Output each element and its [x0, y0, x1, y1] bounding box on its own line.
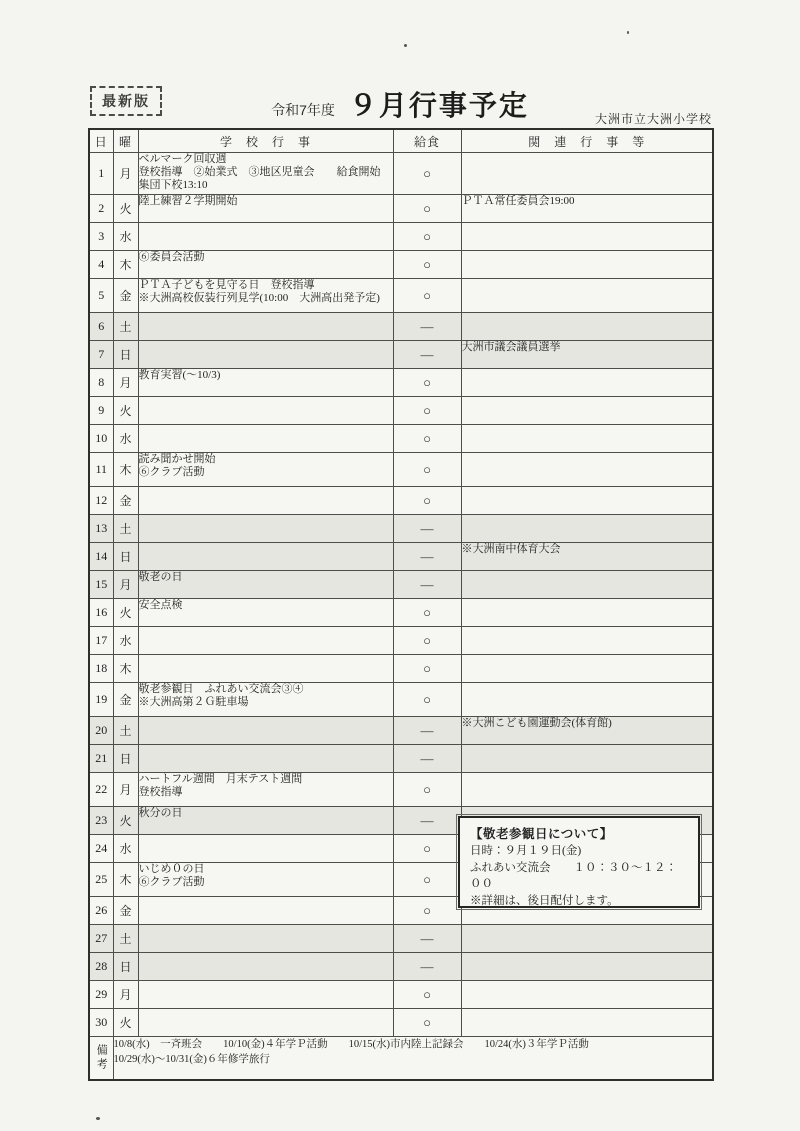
related-cell: [461, 981, 713, 1009]
day-cell: 13: [89, 515, 113, 543]
remarks-content-cell: 10/8(水) 一斉班会 10/10(金)４年学Ｐ活動 10/15(水)市内陸上…: [113, 1037, 713, 1081]
schedule-row: 20土—※大洲こども園運動会(体育館): [89, 717, 713, 745]
weekday-cell: 土: [113, 515, 138, 543]
schedule-row: 27土—: [89, 925, 713, 953]
lunch-cell: —: [393, 807, 461, 835]
related-cell: ＰＴＡ常任委員会19:00: [461, 195, 713, 223]
day-cell: 15: [89, 571, 113, 599]
lunch-cell: ○: [393, 773, 461, 807]
notice-box: 【敬老参観日について】 日時：９月１９日(金) ふれあい交流会 １０：３０～１２…: [458, 816, 700, 908]
remarks-row: 備考 10/8(水) 一斉班会 10/10(金)４年学Ｐ活動 10/15(水)市…: [89, 1037, 713, 1081]
events-cell: [138, 897, 393, 925]
weekday-cell: 水: [113, 835, 138, 863]
related-cell: 大洲市議会議員選挙: [461, 341, 713, 369]
remarks-line: 10/8(水) 一斉班会 10/10(金)４年学Ｐ活動 10/15(水)市内陸上…: [114, 1037, 713, 1052]
weekday-cell: 月: [113, 369, 138, 397]
remarks-line: 10/29(水)～10/31(金)６年修学旅行: [114, 1052, 713, 1067]
related-cell: [461, 279, 713, 313]
event-line: 敬老の日: [139, 571, 393, 584]
related-cell: [461, 313, 713, 341]
event-line: 陸上練習２学期開始: [139, 195, 393, 208]
events-cell: [138, 487, 393, 515]
weekday-cell: 金: [113, 683, 138, 717]
related-cell: [461, 745, 713, 773]
school-name: 大洲市立大洲小学校: [595, 110, 712, 127]
lunch-cell: —: [393, 571, 461, 599]
related-cell: [461, 925, 713, 953]
event-line: 教育実習(～10/3): [139, 369, 393, 382]
related-cell: [461, 1009, 713, 1037]
day-cell: 10: [89, 425, 113, 453]
weekday-cell: 火: [113, 195, 138, 223]
day-cell: 22: [89, 773, 113, 807]
related-cell: [461, 515, 713, 543]
schedule-table: 日 曜 学 校 行 事 給食 関 連 行 事 等 1月ベルマーク回収週登校指導 …: [88, 128, 714, 1081]
events-cell: ハートフル週間 月末テスト週間登校指導: [138, 773, 393, 807]
schedule-row: 22月ハートフル週間 月末テスト週間登校指導○: [89, 773, 713, 807]
events-cell: ベルマーク回収週登校指導 ②始業式 ③地区児童会 給食開始集団下校13:10: [138, 153, 393, 195]
events-cell: 秋分の日: [138, 807, 393, 835]
weekday-cell: 木: [113, 453, 138, 487]
related-cell: [461, 453, 713, 487]
events-cell: 陸上練習２学期開始: [138, 195, 393, 223]
weekday-cell: 月: [113, 981, 138, 1009]
scan-speck: [627, 31, 629, 34]
event-line: 集団下校13:10: [139, 179, 393, 192]
day-cell: 14: [89, 543, 113, 571]
day-cell: 21: [89, 745, 113, 773]
lunch-cell: ○: [393, 195, 461, 223]
events-cell: [138, 425, 393, 453]
schedule-row: 5金ＰＴＡ子どもを見守る日 登校指導※大洲高校仮装行列見学(10:00 大洲高出…: [89, 279, 713, 313]
lunch-cell: —: [393, 543, 461, 571]
day-cell: 30: [89, 1009, 113, 1037]
column-header-day: 日: [89, 129, 113, 153]
event-line: 秋分の日: [139, 807, 393, 820]
day-cell: 1: [89, 153, 113, 195]
event-line: ⑥委員会活動: [139, 251, 393, 264]
events-cell: 敬老参観日 ふれあい交流会③④※大洲高第２Ｇ駐車場: [138, 683, 393, 717]
column-header-events: 学 校 行 事: [138, 129, 393, 153]
related-cell: [461, 953, 713, 981]
day-cell: 3: [89, 223, 113, 251]
schedule-row: 21日—: [89, 745, 713, 773]
weekday-cell: 水: [113, 223, 138, 251]
related-cell: [461, 487, 713, 515]
lunch-cell: ○: [393, 369, 461, 397]
weekday-cell: 火: [113, 807, 138, 835]
events-cell: [138, 397, 393, 425]
events-cell: [138, 543, 393, 571]
lunch-cell: ○: [393, 223, 461, 251]
weekday-cell: 日: [113, 341, 138, 369]
events-cell: [138, 835, 393, 863]
events-cell: [138, 745, 393, 773]
schedule-row: 16火安全点検○: [89, 599, 713, 627]
day-cell: 25: [89, 863, 113, 897]
page-title: ９月行事予定: [349, 84, 529, 124]
related-cell: [461, 773, 713, 807]
lunch-cell: ○: [393, 897, 461, 925]
lunch-cell: —: [393, 313, 461, 341]
schedule-row: 6土—: [89, 313, 713, 341]
related-cell: [461, 397, 713, 425]
events-cell: [138, 313, 393, 341]
event-line: 登校指導 ②始業式 ③地区児童会 給食開始: [139, 166, 393, 179]
lunch-cell: ○: [393, 627, 461, 655]
remarks-label-cell: 備考: [89, 1037, 113, 1081]
event-line: 読み聞かせ開始: [139, 453, 393, 466]
schedule-row: 17水○: [89, 627, 713, 655]
related-cell: [461, 223, 713, 251]
weekday-cell: 日: [113, 745, 138, 773]
lunch-cell: ○: [393, 487, 461, 515]
related-cell: ※大洲南中体育大会: [461, 543, 713, 571]
lunch-cell: ○: [393, 453, 461, 487]
event-line: ハートフル週間 月末テスト週間: [139, 773, 393, 786]
events-cell: [138, 981, 393, 1009]
lunch-cell: —: [393, 745, 461, 773]
event-line: 安全点検: [139, 599, 393, 612]
events-cell: 教育実習(～10/3): [138, 369, 393, 397]
schedule-sheet: 日 曜 学 校 行 事 給食 関 連 行 事 等 1月ベルマーク回収週登校指導 …: [88, 128, 712, 1081]
schedule-row: 8月教育実習(～10/3)○: [89, 369, 713, 397]
remarks-label: 備考: [93, 1044, 109, 1072]
weekday-cell: 金: [113, 487, 138, 515]
day-cell: 26: [89, 897, 113, 925]
weekday-cell: 土: [113, 717, 138, 745]
day-cell: 20: [89, 717, 113, 745]
lunch-cell: ○: [393, 279, 461, 313]
day-cell: 11: [89, 453, 113, 487]
notice-title: 【敬老参観日について】: [470, 825, 688, 843]
weekday-cell: 土: [113, 925, 138, 953]
schedule-row: 9火○: [89, 397, 713, 425]
events-cell: 敬老の日: [138, 571, 393, 599]
scanned-schedule-page: 最新版 令和7年度 ９月行事予定 大洲市立大洲小学校 日 曜 学 校 行 事 給…: [0, 0, 800, 1131]
event-line: いじめ０の日: [139, 863, 393, 876]
weekday-cell: 木: [113, 655, 138, 683]
lunch-cell: ○: [393, 863, 461, 897]
notice-line: ふれあい交流会 １０：３０～１２：００: [470, 860, 688, 893]
lunch-cell: ○: [393, 1009, 461, 1037]
related-cell: [461, 153, 713, 195]
lunch-cell: ○: [393, 251, 461, 279]
notice-line: 日時：９月１９日(金): [470, 843, 688, 860]
weekday-cell: 水: [113, 425, 138, 453]
day-cell: 6: [89, 313, 113, 341]
lunch-cell: —: [393, 717, 461, 745]
events-cell: [138, 223, 393, 251]
events-cell: ⑥委員会活動: [138, 251, 393, 279]
events-cell: [138, 717, 393, 745]
event-line: ※大洲高第２Ｇ駐車場: [139, 696, 393, 709]
day-cell: 2: [89, 195, 113, 223]
weekday-cell: 金: [113, 279, 138, 313]
schedule-row: 12金○: [89, 487, 713, 515]
events-cell: [138, 655, 393, 683]
lunch-cell: ○: [393, 425, 461, 453]
events-cell: ＰＴＡ子どもを見守る日 登校指導※大洲高校仮装行列見学(10:00 大洲高出発予…: [138, 279, 393, 313]
scan-speck: [96, 1117, 100, 1120]
weekday-cell: 金: [113, 897, 138, 925]
column-header-related: 関 連 行 事 等: [461, 129, 713, 153]
events-cell: [138, 341, 393, 369]
weekday-cell: 月: [113, 773, 138, 807]
event-line: ＰＴＡ子どもを見守る日 登校指導: [139, 279, 393, 292]
schedule-row: 30火○: [89, 1009, 713, 1037]
related-cell: [461, 599, 713, 627]
weekday-cell: 月: [113, 571, 138, 599]
events-cell: [138, 1009, 393, 1037]
fiscal-year-label: 令和7年度: [271, 100, 335, 120]
schedule-row: 2火陸上練習２学期開始○ＰＴＡ常任委員会19:00: [89, 195, 713, 223]
events-cell: [138, 925, 393, 953]
related-cell: [461, 425, 713, 453]
day-cell: 24: [89, 835, 113, 863]
day-cell: 5: [89, 279, 113, 313]
schedule-row: 28日—: [89, 953, 713, 981]
day-cell: 28: [89, 953, 113, 981]
events-cell: 安全点検: [138, 599, 393, 627]
weekday-cell: 木: [113, 251, 138, 279]
lunch-cell: ○: [393, 835, 461, 863]
schedule-row: 1月ベルマーク回収週登校指導 ②始業式 ③地区児童会 給食開始集団下校13:10…: [89, 153, 713, 195]
scan-speck: [404, 44, 407, 47]
lunch-cell: ○: [393, 153, 461, 195]
related-cell: ※大洲こども園運動会(体育館): [461, 717, 713, 745]
day-cell: 18: [89, 655, 113, 683]
related-cell: [461, 627, 713, 655]
schedule-row: 7日—大洲市議会議員選挙: [89, 341, 713, 369]
schedule-row: 10水○: [89, 425, 713, 453]
weekday-cell: 水: [113, 627, 138, 655]
event-line: ベルマーク回収週: [139, 153, 393, 166]
related-cell: [461, 571, 713, 599]
column-header-weekday: 曜: [113, 129, 138, 153]
event-line: ⑥クラブ活動: [139, 876, 393, 889]
schedule-row: 4木⑥委員会活動○: [89, 251, 713, 279]
weekday-cell: 日: [113, 543, 138, 571]
weekday-cell: 日: [113, 953, 138, 981]
related-cell: [461, 369, 713, 397]
events-cell: [138, 953, 393, 981]
schedule-row: 18木○: [89, 655, 713, 683]
schedule-row: 15月敬老の日—: [89, 571, 713, 599]
day-cell: 4: [89, 251, 113, 279]
lunch-cell: —: [393, 925, 461, 953]
day-cell: 16: [89, 599, 113, 627]
schedule-row: 11木読み聞かせ開始⑥クラブ活動○: [89, 453, 713, 487]
related-cell: [461, 655, 713, 683]
lunch-cell: ○: [393, 981, 461, 1009]
weekday-cell: 月: [113, 153, 138, 195]
schedule-row: 3水○: [89, 223, 713, 251]
table-header-row: 日 曜 学 校 行 事 給食 関 連 行 事 等: [89, 129, 713, 153]
weekday-cell: 土: [113, 313, 138, 341]
related-cell: [461, 251, 713, 279]
events-cell: [138, 627, 393, 655]
event-line: 登校指導: [139, 786, 393, 799]
schedule-row: 14日—※大洲南中体育大会: [89, 543, 713, 571]
day-cell: 8: [89, 369, 113, 397]
events-cell: 読み聞かせ開始⑥クラブ活動: [138, 453, 393, 487]
column-header-lunch: 給食: [393, 129, 461, 153]
lunch-cell: ○: [393, 397, 461, 425]
day-cell: 27: [89, 925, 113, 953]
event-line: 敬老参観日 ふれあい交流会③④: [139, 683, 393, 696]
day-cell: 23: [89, 807, 113, 835]
notice-line: ※詳細は、後日配付します。: [470, 893, 688, 910]
schedule-row: 13土—: [89, 515, 713, 543]
lunch-cell: ○: [393, 683, 461, 717]
weekday-cell: 火: [113, 397, 138, 425]
schedule-row: 29月○: [89, 981, 713, 1009]
lunch-cell: —: [393, 953, 461, 981]
schedule-row: 19金敬老参観日 ふれあい交流会③④※大洲高第２Ｇ駐車場○: [89, 683, 713, 717]
lunch-cell: ○: [393, 599, 461, 627]
events-cell: いじめ０の日⑥クラブ活動: [138, 863, 393, 897]
event-line: ⑥クラブ活動: [139, 466, 393, 479]
lunch-cell: —: [393, 515, 461, 543]
day-cell: 29: [89, 981, 113, 1009]
day-cell: 9: [89, 397, 113, 425]
weekday-cell: 木: [113, 863, 138, 897]
related-cell: [461, 683, 713, 717]
event-line: ※大洲高校仮装行列見学(10:00 大洲高出発予定): [139, 292, 393, 305]
day-cell: 19: [89, 683, 113, 717]
lunch-cell: ○: [393, 655, 461, 683]
weekday-cell: 火: [113, 1009, 138, 1037]
events-cell: [138, 515, 393, 543]
day-cell: 17: [89, 627, 113, 655]
weekday-cell: 火: [113, 599, 138, 627]
day-cell: 7: [89, 341, 113, 369]
day-cell: 12: [89, 487, 113, 515]
lunch-cell: —: [393, 341, 461, 369]
